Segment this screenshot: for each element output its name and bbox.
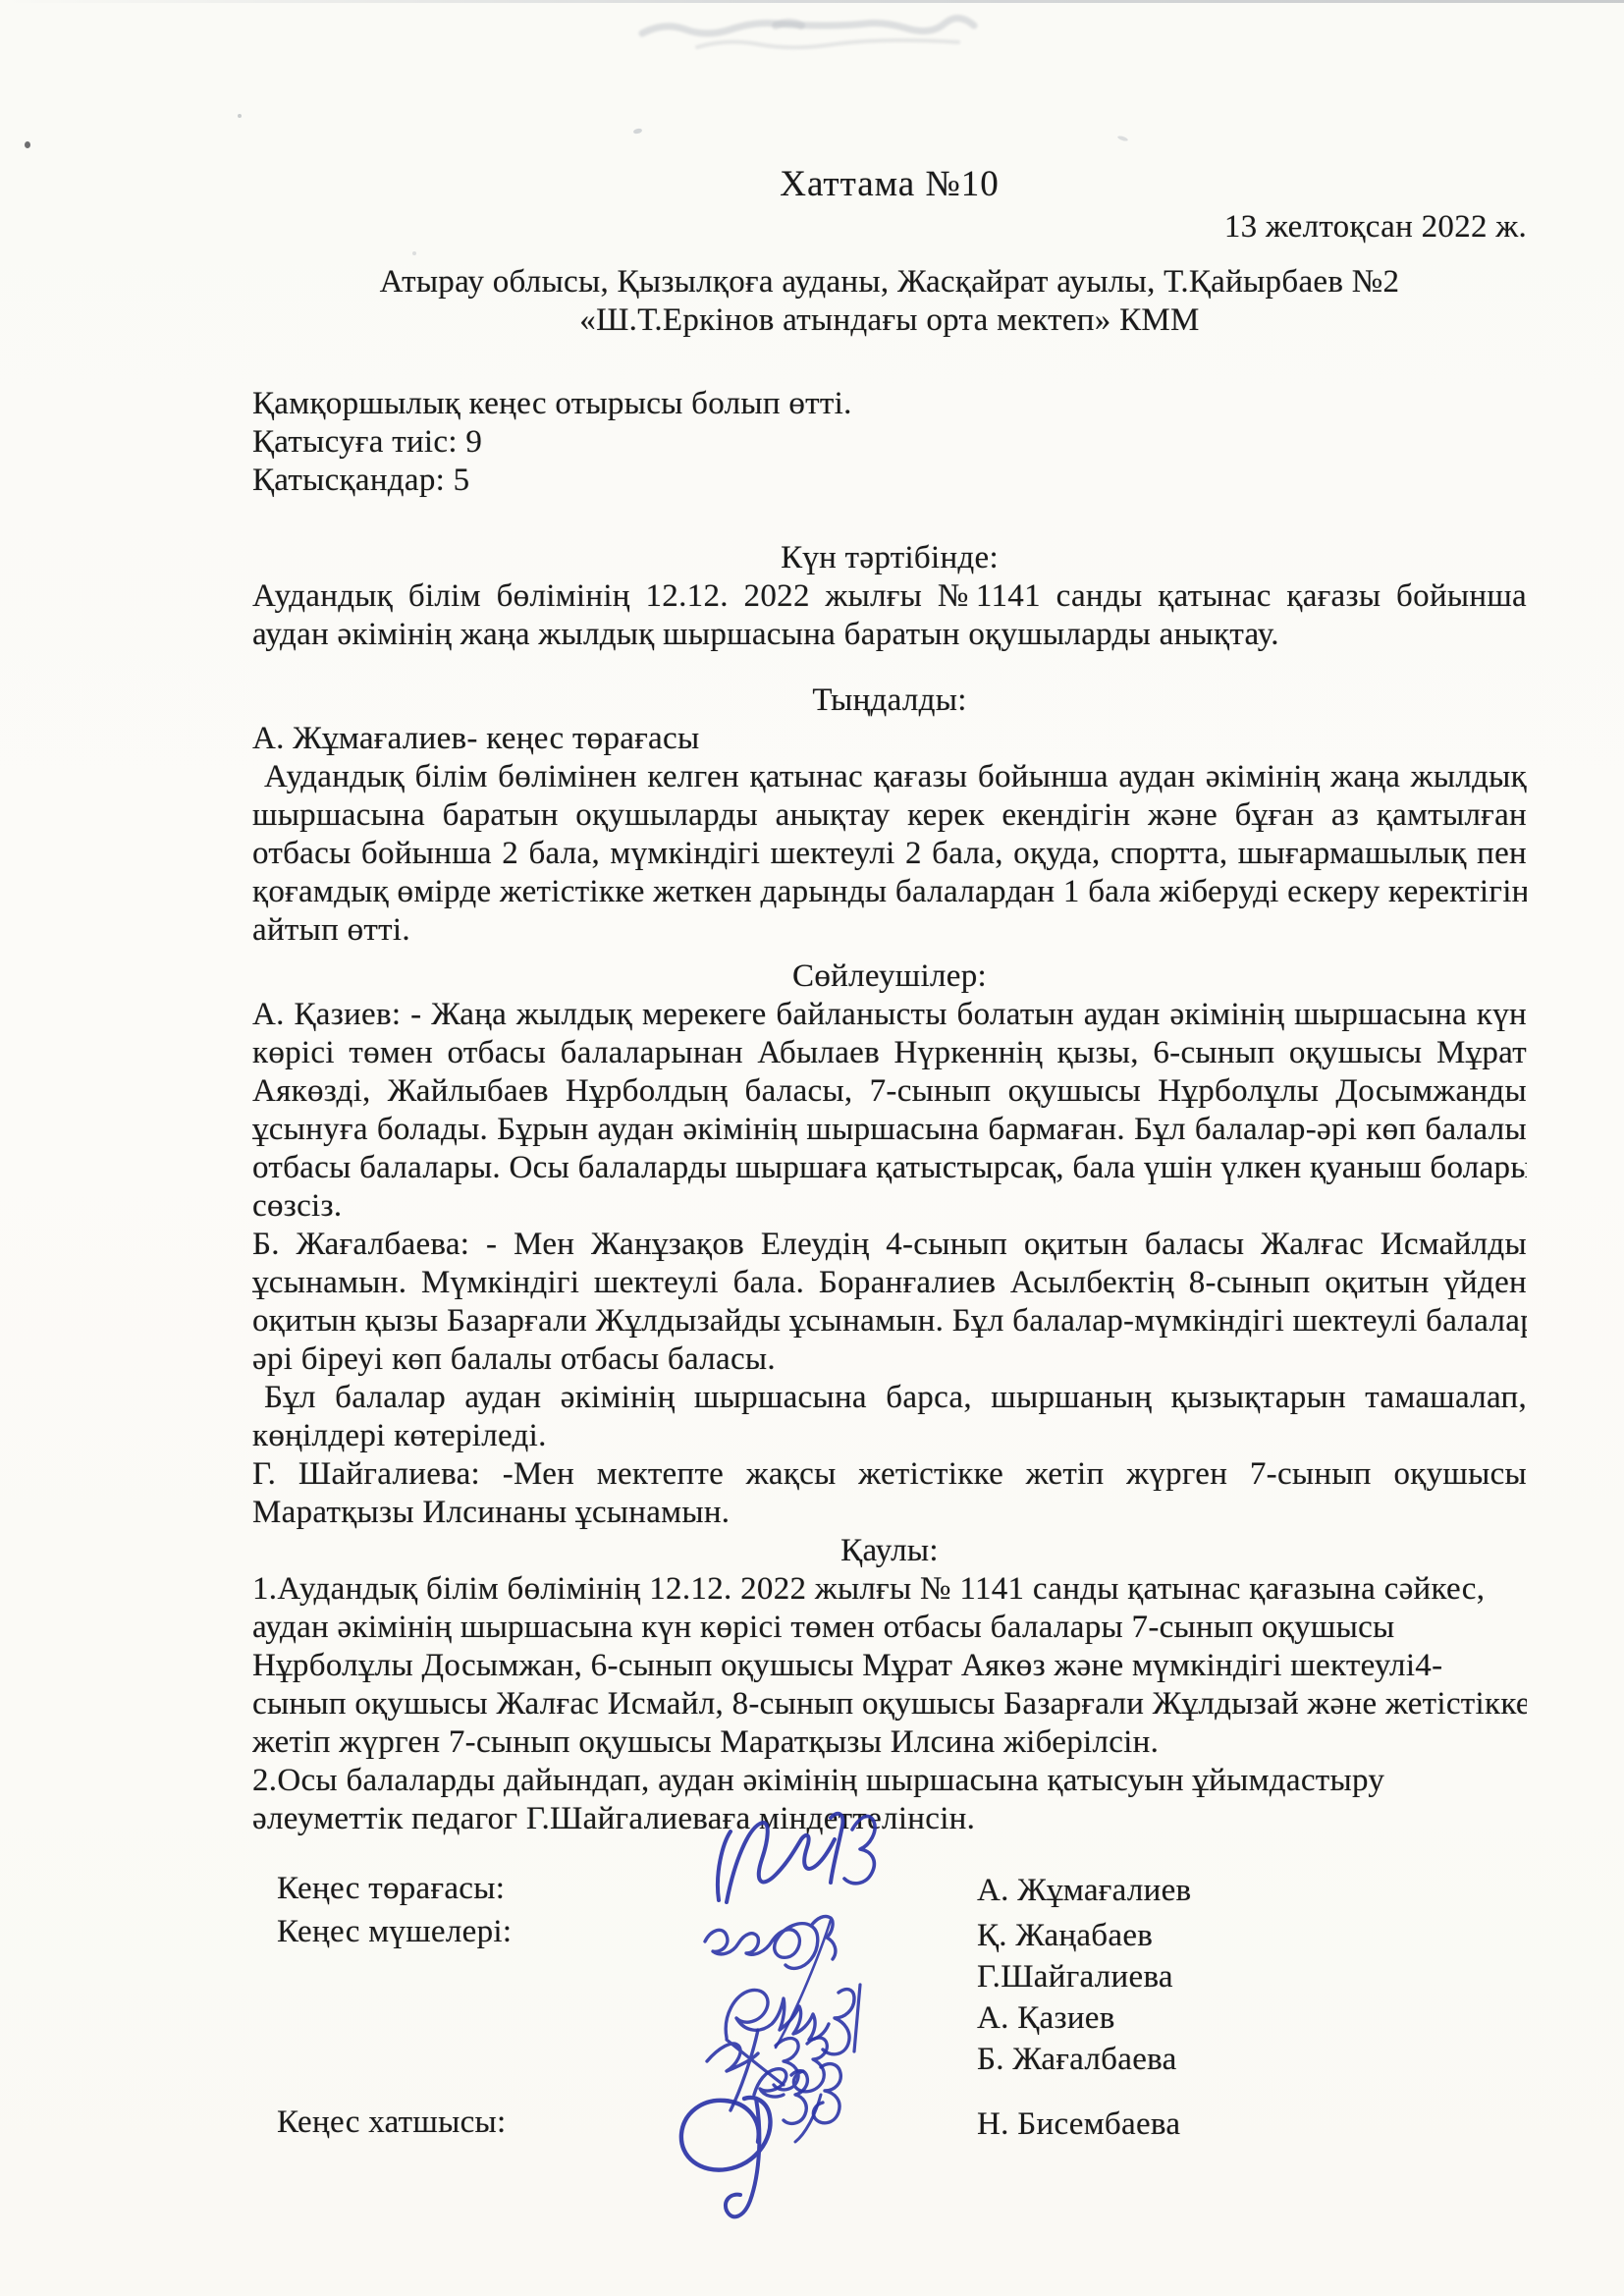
heard-text: Аудандық білім бөлімінен келген қатынас … [252,758,1527,950]
org-line-2: «Ш.Т.Еркінов атындағы орта мектеп» КММ [252,301,1527,340]
intro-lines: Қамқоршылық кеңес отырысы болып өтті.Қат… [252,385,1527,500]
text-line: әлеуметтік педагог Г.Шайгалиеваға міндет… [252,1800,1527,1838]
text-line: жетіп жүрген 7-сынып оқушысы Маратқызы И… [252,1723,1527,1762]
text-line: сөзсіз. [252,1187,1527,1226]
text-line: ұсынуға болады. Бұрын аудан әкімінің шыр… [252,1111,1527,1149]
text-line: аудан әкімінің шыршасына күн көрісі төме… [252,1609,1527,1647]
heard-heading: Тыңдалды: [252,682,1527,720]
text-line: отбасы балалары. Осы балаларды шыршаға қ… [252,1149,1527,1187]
resolution-heading: Қаулы: [252,1532,1527,1570]
text-line: айтып өтті. [252,911,1527,950]
document-body: Хаттама №10 13 желтоқсан 2022 ж. Атырау … [0,0,1624,2296]
heard-speaker: А. Жұмағалиев- кеңес төрағасы [252,720,1527,758]
text-line: Аудандық білім бөлімінен келген қатынас … [252,758,1527,796]
text-line: Қатысқандар: 5 [252,462,1527,500]
text-line: отбасы бойынша 2 бала, мүмкіндігі шектеу… [252,835,1527,873]
org-block: Атырау облысы, Қызылқоға ауданы, Жасқайр… [252,263,1527,340]
text-line: Г. Шайгалиева: -Мен мектепте жақсы жетіс… [252,1455,1527,1494]
speaker-kaziev-text: А. Қазиев: - Жаңа жылдық мерекеге байлан… [252,996,1527,1226]
text-line: А. Қазиев: - Жаңа жылдық мерекеге байлан… [252,996,1527,1034]
text-line: шыршасына баратын оқушыларды анықтау кер… [252,796,1527,835]
speakers-heading: Сөйлеушілер: [252,957,1527,996]
text-line: Аякөзді, Жайлыбаев Нұрболдың баласы, 7-с… [252,1072,1527,1111]
text-line: Аудандық білім бөлімінің 12.12. 2022 жыл… [252,577,1527,616]
resolution-item-1: 1.Аудандық білім бөлімінің 12.12. 2022 ж… [252,1570,1527,1762]
text-line: көрісі төмен отбасы балаларынан Абылаев … [252,1034,1527,1072]
text-line: 1.Аудандық білім бөлімінің 12.12. 2022 ж… [252,1570,1527,1609]
text-line: Бұл балалар аудан әкімінің шыршасына бар… [252,1379,1527,1417]
speakers-note-text: Бұл балалар аудан әкімінің шыршасына бар… [252,1379,1527,1455]
agenda-heading: Күн тәртібінде: [252,539,1527,577]
text-line: көңілдері көтеріледі. [252,1417,1527,1455]
text-line: Нұрболұлы Досымжан, 6-сынып оқушысы Мұра… [252,1647,1527,1685]
speaker-shaigalieva-text: Г. Шайгалиева: -Мен мектепте жақсы жетіс… [252,1455,1527,1532]
text-line: Маратқызы Илсинаны ұсынамын. [252,1494,1527,1532]
doc-title: Хаттама №10 [252,163,1527,206]
text-line: ұсынамын. Мүмкіндігі шектеулі бала. Бора… [252,1264,1527,1302]
speaker-zhagalbaeva-text: Б. Жағалбаева: - Мен Жанұзақов Елеудің 4… [252,1226,1527,1379]
text-line: Қатысуға тиіс: 9 [252,423,1527,462]
text-line: 2.Осы балаларды дайындап, аудан әкімінің… [252,1762,1527,1800]
text-line: қоғамдық өмірде жетістікке жеткен дарынд… [252,873,1527,911]
text-line: Б. Жағалбаева: - Мен Жанұзақов Елеудің 4… [252,1226,1527,1264]
org-line-1: Атырау облысы, Қызылқоға ауданы, Жасқайр… [252,263,1527,301]
resolution-item-2: 2.Осы балаларды дайындап, аудан әкімінің… [252,1762,1527,1838]
text-line: Қамқоршылық кеңес отырысы болып өтті. [252,385,1527,423]
scanned-protocol-page: Хаттама №10 13 желтоқсан 2022 ж. Атырау … [0,0,1624,2296]
doc-date: 13 желтоқсан 2022 ж. [252,208,1527,246]
text-line: әрі біреуі көп балалы отбасы баласы. [252,1340,1527,1379]
agenda-text: Аудандық білім бөлімінің 12.12. 2022 жыл… [252,577,1527,654]
text-line: аудан әкімінің жаңа жылдық шыршасына бар… [252,616,1527,654]
text-line: сынып оқушысы Жалғас Исмайл, 8-сынып оқу… [252,1685,1527,1723]
text-line: оқитын қызы Базарғали Жұлдызайды ұсынамы… [252,1302,1527,1340]
